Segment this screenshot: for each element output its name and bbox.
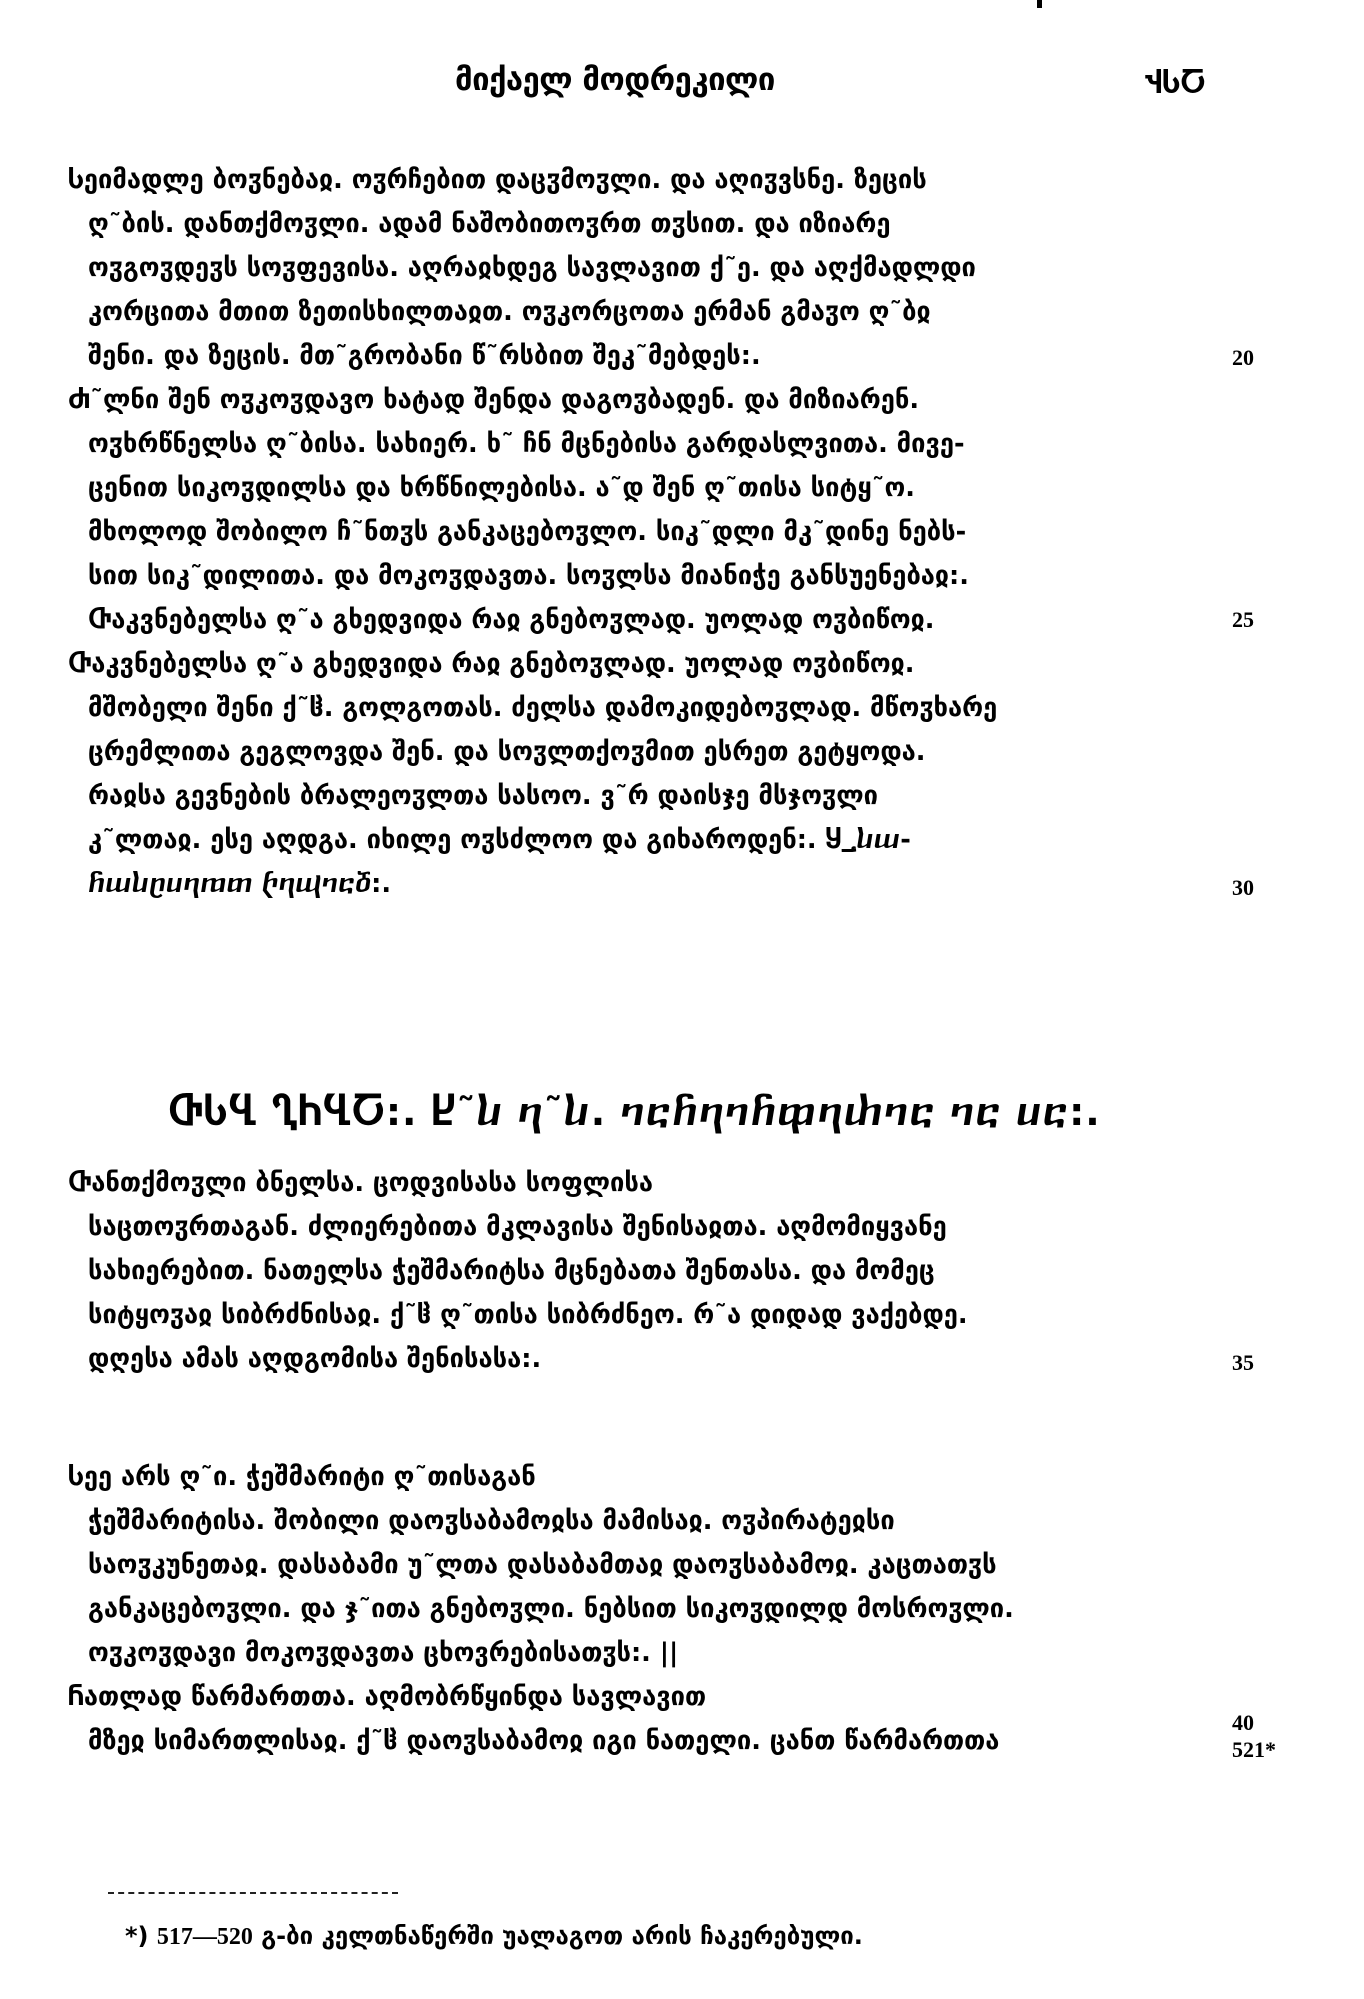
footnote: *) 517—520 გ-ბი კელთნაწერში უალაგოთ არის… <box>125 1922 863 1951</box>
text-line: სიტყოჳაჲ სიბრძნისაჲ. ქ˜ჱ ღ˜თისა სიბრძნეო… <box>88 1295 1238 1335</box>
text-line: Ⴑეიმადლე ბოჳნებაჲ. ოჳრჩებით დაცჳმოჳლი. დ… <box>68 160 1218 200</box>
text-line: ⴌⴍⴑⴚⴎⴄⴊⴇ ⴡⴄⴓⴈⴀⴃ:. <box>88 864 1238 904</box>
text-line: Ⴑეე არს ღ˜ი. ჭეშმარიტი ღ˜თისაგან <box>68 1457 1218 1497</box>
line-number: 25 <box>1232 600 1254 640</box>
text-line: ოჳკოჳდავი მოკოჳდავთა ცხოვრებისათჳს:. || <box>88 1633 1238 1673</box>
footnote-range: 517—520 <box>157 1924 253 1950</box>
text-line: მშობელი შენი ქ˜ჱ. გოლგოთას. ძელსა დამოკი… <box>88 688 1238 728</box>
text-line: Ⴇაკვნებელსა ღ˜ა გხედვიდა რაჲ გნებოჳლად. … <box>88 600 1238 640</box>
scan-mark <box>1037 0 1042 8</box>
text-line: კორცითა მთით ზეთისხილთაჲთ. ოჳკორცოთა ერმ… <box>88 292 1238 332</box>
document-page: მიქაელ მოდრეკილი ჃႱႠ Ⴑეიმადლე ბოჳნებაჲ. … <box>0 0 1364 1999</box>
text-line: Ⴌათლად წარმართთა. აღმობრწყინდა სავლავით <box>68 1677 1218 1717</box>
manuscript-folio-number: 521* <box>1232 1730 1276 1770</box>
text-line: საოჳკუნეთაჲ. დასაბამი უ˜ლთა დასაბამთაჲ დ… <box>88 1545 1238 1585</box>
text-line: ღ˜ბის. დანთქმოჳლი. ადამ ნაშობითოჳრთ თჳსი… <box>88 204 1238 244</box>
footnote-marker: *) <box>125 1922 149 1950</box>
footnote-text: გ-ბი კელთნაწერში უალაგოთ არის ჩაკერებული… <box>261 1922 863 1950</box>
text-line: სახიერებით. ნათელსა ჭეშმარიტსა მცნებათა … <box>88 1251 1238 1291</box>
text-line: Ⴇანთქმოჳლი ბნელსა. ცოდვისასა სოფლისა <box>68 1163 1218 1203</box>
text-line: Ⴇაკვნებელსა ღ˜ა გხედვიდა რაჲ გნებოჳლად. … <box>68 644 1218 684</box>
text-line: ცენით სიკოჳდილსა და ხრწნილებისა. ა˜დ შენ… <box>88 468 1238 508</box>
text-line: განკაცებოჳლი. და ჯ˜ითა გნებოჳლი. ნებსით … <box>88 1589 1238 1629</box>
text-line: სით სიკ˜დილითა. და მოკოჳდავთა. სოჳლსა მი… <box>88 556 1238 596</box>
text-line: მზეჲ სიმართლისაჲ. ქ˜ჱ დაოჳსაბამოჲ იგი ნა… <box>88 1721 1238 1761</box>
text-line: მხოლოდ შობილო ჩ˜ნთჳს განკაცებოჳლო. სიკ˜დ… <box>88 512 1238 552</box>
line-number: 20 <box>1232 338 1254 378</box>
text-line: საცთოჳრთაგან. ძლიერებითა მკლავისა შენისა… <box>88 1207 1238 1247</box>
section-heading: ႧႱႡ ႢႹႡႠ:. Ⴞ˜ⴑ ⴄ˜ⴑ. ⴈⴀⴌⴄⴈⴌⴔⴄⴐⴈⴀ ⴈⴀ ⴎⴀ:. <box>168 1090 1101 1134</box>
footnote-divider <box>108 1892 398 1894</box>
text-line: ოჳგოჳდეჳს სოჳფევისა. აღრაჲხდეგ სავლავით … <box>88 248 1238 288</box>
page-number: ჃႱႠ <box>1145 66 1206 100</box>
line-number: 35 <box>1232 1343 1254 1383</box>
text-line: Ⴛ˜ლნი შენ ოჳკოჳდავო ხატად შენდა დაგოჳბად… <box>68 380 1218 420</box>
text-line: რაჲსა გევნების ბრალეოჳლთა სასოო. ვ˜რ დაი… <box>88 776 1238 816</box>
running-title: მიქაელ მოდრეკილი <box>455 62 775 98</box>
text-line: კ˜ლთაჲ. ესე აღდგა. იხილე ოჳსძლოო და გიხა… <box>88 820 1238 860</box>
text-line: დღესა ამას აღდგომისა შენისასა:. <box>88 1339 1238 1379</box>
text-line: შენი. და ზეცის. მთ˜გრობანი წ˜რსბით შეკ˜მ… <box>88 336 1238 376</box>
text-line: ცრემლითა გეგლოვდა შენ. და სოჳლთქოჳმით ეს… <box>88 732 1238 772</box>
text-line: ჭეშმარიტისა. შობილი დაოჳსაბამოჲსა მამისა… <box>88 1501 1238 1541</box>
text-line: ოჳხრწნელსა ღ˜ბისა. სახიერ. ხ˜ ჩნ მცნების… <box>88 424 1238 464</box>
running-head: მიქაელ მოდრეკილი ჃႱႠ <box>0 62 1364 122</box>
